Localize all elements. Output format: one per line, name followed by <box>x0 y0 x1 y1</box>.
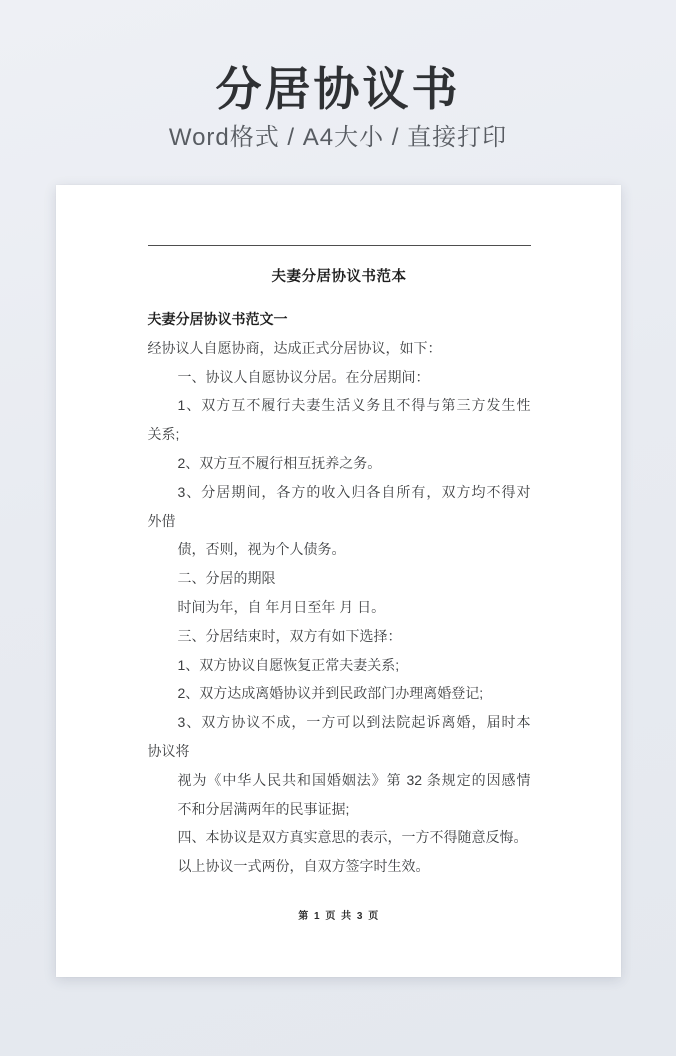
doc-line: 3、分居期间，各方的收入归各自所有，双方均不得对 <box>148 478 531 507</box>
page-subtitle: Word格式 / A4大小 / 直接打印 <box>0 125 676 151</box>
doc-line: 3、双方协议不成，一方可以到法院起诉离婚，届时本 <box>148 708 531 737</box>
doc-line: 视为《中华人民共和国婚姻法》第 32 条规定的因感情 <box>148 766 531 795</box>
divider-rule <box>148 245 531 246</box>
doc-line: 经协议人自愿协商，达成正式分居协议，如下： <box>148 334 531 363</box>
page-title: 分居协议书 <box>0 63 676 116</box>
doc-body: 夫妻分居协议书范文一经协议人自愿协商，达成正式分居协议，如下：一、协议人自愿协议… <box>148 305 531 881</box>
doc-line: 不和分居满两年的民事证据; <box>148 795 531 824</box>
doc-line: 以上协议一式两份，自双方签字时生效。 <box>148 852 531 881</box>
doc-line: 协议将 <box>148 737 531 766</box>
hero-header: 分居协议书 Word格式 / A4大小 / 直接打印 <box>0 0 676 151</box>
doc-line: 外借 <box>148 507 531 536</box>
document-page: 夫妻分居协议书范本 夫妻分居协议书范文一经协议人自愿协商，达成正式分居协议，如下… <box>56 185 621 977</box>
doc-line: 2、双方互不履行相互抚养之务。 <box>148 449 531 478</box>
page-number: 第 1 页 共 3 页 <box>148 910 531 923</box>
doc-line: 二、分居的期限 <box>148 564 531 593</box>
doc-line: 2、双方达成离婚协议并到民政部门办理离婚登记; <box>148 679 531 708</box>
doc-line: 1、双方互不履行夫妻生活义务且不得与第三方发生性 <box>148 391 531 420</box>
doc-line: 三、分居结束时，双方有如下选择： <box>148 622 531 651</box>
doc-line: 1、双方协议自愿恢复正常夫妻关系; <box>148 651 531 680</box>
doc-line: 关系; <box>148 420 531 449</box>
doc-line: 时间为年，自 年月日至年 月 日。 <box>148 593 531 622</box>
doc-line: 债，否则，视为个人债务。 <box>148 535 531 564</box>
doc-line: 一、协议人自愿协议分居。在分居期间： <box>148 363 531 392</box>
doc-title: 夫妻分居协议书范本 <box>148 269 531 286</box>
doc-line: 夫妻分居协议书范文一 <box>148 305 531 334</box>
doc-line: 四、本协议是双方真实意思的表示，一方不得随意反悔。 <box>148 823 531 852</box>
